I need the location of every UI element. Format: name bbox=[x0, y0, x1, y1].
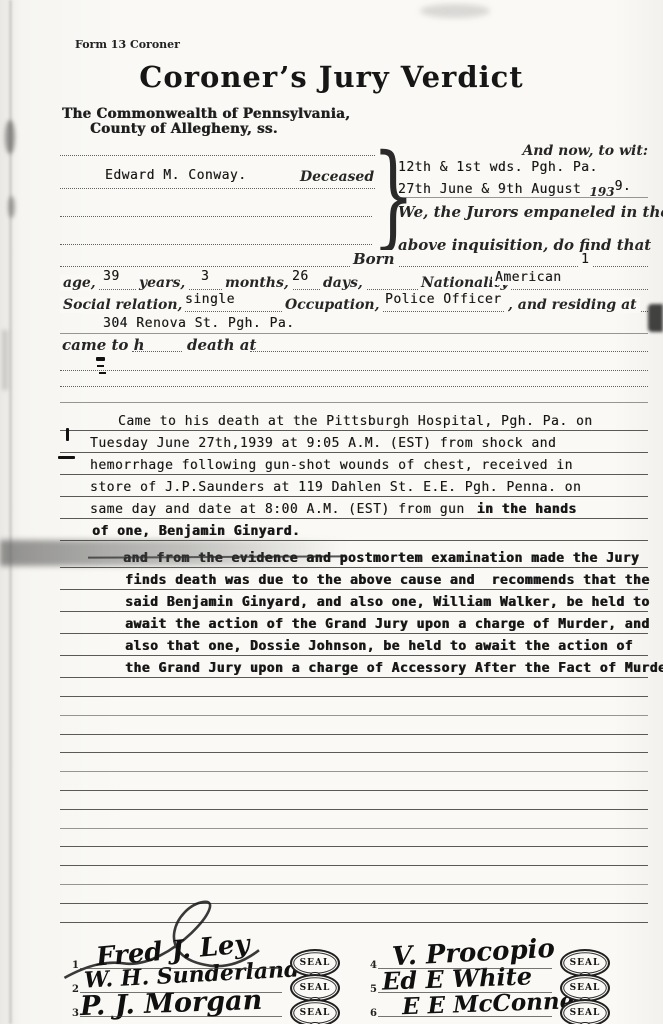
blank-line bbox=[60, 865, 648, 866]
blank-line bbox=[60, 771, 648, 772]
rule bbox=[60, 402, 648, 403]
death-at-label: death at bbox=[187, 336, 256, 354]
blank-line bbox=[60, 696, 648, 697]
cause-line-1: Came to his death at the Pittsburgh Hosp… bbox=[118, 414, 593, 429]
residing-label: , and residing at bbox=[505, 297, 640, 313]
born-value: 1 bbox=[578, 252, 592, 267]
jurors-line1: We, the Jurors empaneled in the bbox=[398, 203, 663, 221]
cause-row: Tuesday June 27th,1939 at 9:05 A.M. (EST… bbox=[60, 430, 648, 453]
inquest-dates: 27th June & 9th August bbox=[398, 182, 590, 197]
rule bbox=[60, 155, 375, 156]
seal-stamp-3: SEAL bbox=[290, 999, 340, 1024]
years-label: years, bbox=[136, 275, 188, 291]
cause-row: store of J.P.Saunders at 119 Dahlen St. … bbox=[60, 474, 648, 497]
verdict-line-2: finds death was due to the above cause a… bbox=[125, 573, 650, 588]
scanned-document-page: { "header": { "form_number": "Form 13 Co… bbox=[0, 0, 663, 1024]
signature-number-1: 1 bbox=[72, 960, 79, 971]
rule bbox=[398, 197, 648, 198]
rule bbox=[60, 188, 375, 189]
jurors-line2: above inquisition, do find that bbox=[398, 236, 651, 254]
age-label: age, bbox=[60, 275, 99, 291]
year-typed: 9. bbox=[615, 179, 632, 194]
verdict-row: finds death was due to the above cause a… bbox=[60, 567, 648, 590]
seal-label: SEAL bbox=[570, 1008, 601, 1018]
cause-line-5-bold: in the hands bbox=[477, 502, 577, 517]
cause-row: hemorrhage following gun-shot wounds of … bbox=[60, 452, 648, 475]
verdict-line-5: also that one, Dossie Johnson, be held t… bbox=[125, 639, 633, 654]
deceased-name: Edward M. Conway. bbox=[105, 168, 247, 183]
signature-number-3: 3 bbox=[72, 1008, 79, 1019]
signature-line bbox=[80, 992, 282, 993]
seal-label: SEAL bbox=[570, 983, 601, 993]
age-months-value: 3 bbox=[198, 269, 212, 284]
signature-line bbox=[378, 968, 552, 969]
edge-blotch bbox=[648, 304, 663, 332]
form-number: Form 13 Coroner bbox=[75, 38, 180, 51]
blank-line bbox=[60, 790, 648, 791]
commonwealth-line: The Commonwealth of Pennsylvania, bbox=[62, 106, 350, 122]
rule bbox=[60, 386, 648, 387]
signature-line bbox=[80, 1016, 282, 1017]
edge-blotch bbox=[2, 330, 8, 390]
edge-blotch bbox=[5, 120, 15, 154]
ink-smudge-mark bbox=[96, 357, 105, 361]
and-now-label: And now, to wit: bbox=[398, 143, 648, 159]
verdict-line-6: the Grand Jury upon a charge of Accessor… bbox=[125, 661, 663, 676]
inquest-dates-row: 27th June & 9th August 1939. bbox=[398, 178, 631, 197]
occupation-value: Police Officer bbox=[382, 292, 505, 307]
margin-tick-mark bbox=[66, 428, 69, 441]
signature-number-2: 2 bbox=[72, 984, 79, 995]
seal-label: SEAL bbox=[300, 958, 331, 968]
seal-stamp-1: SEAL bbox=[290, 949, 340, 977]
born-label: Born bbox=[350, 250, 398, 268]
blank-line bbox=[60, 734, 648, 735]
cause-line-2: Tuesday June 27th,1939 at 9:05 A.M. (EST… bbox=[90, 436, 556, 451]
wards-value: 12th & 1st wds. Pgh. Pa. bbox=[398, 160, 598, 175]
seal-stamp-2: SEAL bbox=[290, 974, 340, 1002]
cause-line-4: store of J.P.Saunders at 119 Dahlen St. … bbox=[90, 480, 581, 495]
deceased-label: Deceased bbox=[300, 169, 374, 185]
page-title: Coroner’s Jury Verdict bbox=[0, 60, 663, 94]
edge-blotch bbox=[8, 196, 15, 218]
signature-number-4: 4 bbox=[370, 960, 377, 971]
cause-line-6: of one, Benjamin Ginyard. bbox=[92, 524, 300, 539]
cause-line-5: same day and date at 8:00 A.M. (EST) fro… bbox=[90, 502, 465, 517]
rule bbox=[60, 333, 648, 334]
social-relation-value: single bbox=[182, 292, 238, 307]
seal-label: SEAL bbox=[300, 1008, 331, 1018]
signature-line bbox=[80, 968, 282, 969]
blank-line bbox=[60, 752, 648, 753]
blank-line bbox=[60, 846, 648, 847]
address-value: 304 Renova St. Pgh. Pa. bbox=[100, 316, 298, 331]
days-label: days, bbox=[320, 275, 366, 291]
seal-label: SEAL bbox=[300, 983, 331, 993]
rule bbox=[60, 370, 648, 371]
blank-line bbox=[60, 828, 648, 829]
verdict-line-1: and from the evidence and postmortem exa… bbox=[123, 551, 639, 566]
signature-line bbox=[378, 1016, 552, 1017]
faint-smudge bbox=[420, 4, 490, 18]
rule bbox=[250, 351, 648, 352]
cause-line-3: hemorrhage following gun-shot wounds of … bbox=[90, 458, 573, 473]
margin-dash-mark bbox=[58, 456, 75, 459]
signature-line bbox=[378, 992, 552, 993]
age-days-value: 26 bbox=[289, 269, 312, 284]
verdict-row: await the action of the Grand Jury upon … bbox=[60, 611, 648, 634]
blank-line bbox=[60, 884, 648, 885]
cause-row: same day and date at 8:00 A.M. (EST) fro… bbox=[60, 496, 648, 519]
social-relation-label: Social relation, bbox=[60, 297, 185, 313]
blank-line bbox=[60, 809, 648, 810]
rule bbox=[60, 216, 372, 217]
seal-stamp-6: SEAL bbox=[560, 999, 610, 1024]
nationality-value: American bbox=[492, 270, 565, 285]
months-label: months, bbox=[222, 275, 292, 291]
paper-fold-line bbox=[9, 0, 12, 1024]
rule bbox=[132, 351, 182, 352]
cause-row: Came to his death at the Pittsburgh Hosp… bbox=[60, 408, 648, 431]
verdict-row: also that one, Dossie Johnson, be held t… bbox=[60, 633, 648, 656]
blank-line bbox=[60, 715, 648, 716]
verdict-line-4: await the action of the Grand Jury upon … bbox=[125, 617, 650, 632]
age-years-value: 39 bbox=[100, 269, 123, 284]
rule bbox=[60, 244, 372, 245]
verdict-row: said Benjamin Ginyard, and also one, Wil… bbox=[60, 589, 648, 612]
county-line: County of Allegheny, ss. bbox=[90, 121, 278, 137]
seal-stamp-5: SEAL bbox=[560, 974, 610, 1002]
cause-row: of one, Benjamin Ginyard. bbox=[60, 518, 648, 541]
seal-stamp-4: SEAL bbox=[560, 949, 610, 977]
occupation-label: Occupation, bbox=[282, 297, 382, 313]
signature-number-6: 6 bbox=[370, 1008, 377, 1019]
verdict-row: the Grand Jury upon a charge of Accessor… bbox=[60, 655, 648, 678]
signature-number-5: 5 bbox=[370, 984, 377, 995]
seal-label: SEAL bbox=[570, 958, 601, 968]
verdict-line-3: said Benjamin Ginyard, and also one, Wil… bbox=[125, 595, 650, 610]
